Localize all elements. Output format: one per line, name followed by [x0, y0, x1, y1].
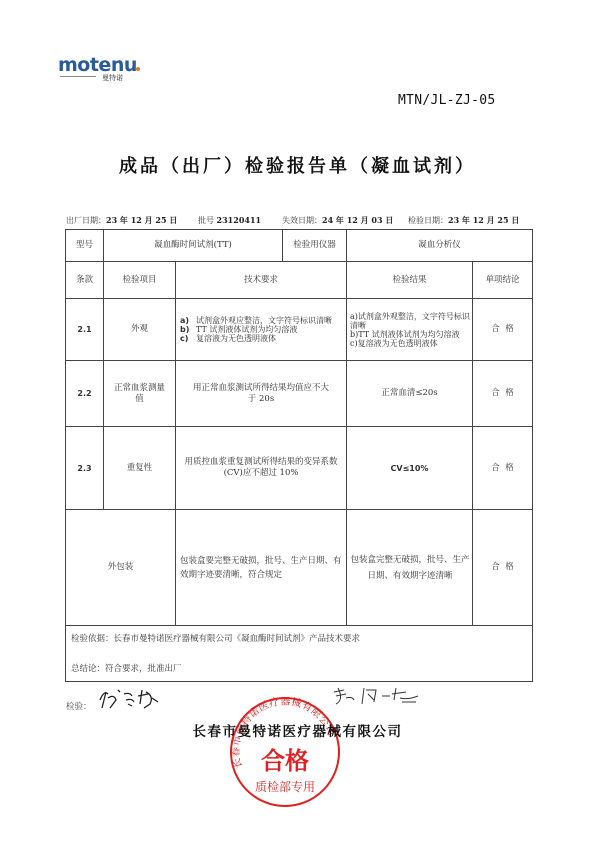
requirement-b: b)TT 试剂液体试剂为均匀溶液 [180, 325, 343, 334]
conclusion-repeatability: 合 格 [473, 427, 532, 509]
instrument-value: 凝血分析仪 [347, 230, 532, 261]
model-value: 凝血酶时间试剂(TT) [104, 230, 282, 261]
model-label: 型号 [66, 230, 103, 261]
reviewer-signature [330, 684, 430, 708]
company-name: 长春市曼特诺医疗器械有限公司 [0, 720, 595, 740]
conclusion-packaging: 合 格 [473, 510, 532, 625]
expiry-label: 失效日期： [282, 216, 322, 225]
header-item: 检验项目 [104, 262, 175, 298]
result-packaging: 包装盒完整无破损，批号、生产日期、有效期字迹清晰 [350, 510, 470, 625]
page-title: 成品（出厂）检验报告单（凝血试剂） [0, 152, 595, 178]
requirement-text: TT 试剂液体试剂为均匀溶液 [196, 325, 297, 334]
marker: b) [180, 325, 196, 334]
inspection-table: 型号 凝血酶时间试剂(TT) 检验用仪器 凝血分析仪 条款 检验项目 技术要求 … [65, 229, 533, 682]
result-appearance: a)试剂盒外观整洁，文字符号标识清晰 b)TT 试剂液体试剂为均匀溶液 c)复溶… [350, 299, 470, 360]
requirement-text: 试剂盒外观应整洁，文字符号标识清晰 [196, 316, 332, 325]
quality-stamp: 长春市曼特诺医疗器械有限公司 合格 质检部专用 [228, 697, 342, 807]
header-result: 检验结果 [347, 262, 472, 298]
logo-dot-icon [136, 67, 140, 71]
item-packaging: 外包装 [66, 510, 175, 625]
production-date: 出厂日期：23 年 12 月 25 日 [66, 215, 177, 226]
instrument-label: 检验用仪器 [283, 230, 346, 261]
batch-number: 批号 23120411 [198, 215, 261, 226]
inspection-date-label: 检验日期： [408, 216, 448, 225]
batch-value: 23120411 [217, 215, 262, 225]
result-b: b)TT 试剂液体试剂为均匀溶液 [350, 330, 470, 339]
stamp-bottom-text: 质检部专用 [255, 779, 315, 794]
requirements-repeatability: 用质控血浆重复测试所得结果的变异系数(CV)应不超过 10% [182, 427, 340, 509]
expiry-date: 失效日期：24 年 12 月 03 日 [282, 215, 393, 226]
logo-chinese-name: 曼特诺 [102, 74, 123, 82]
conclusion-normal-plasma: 合 格 [473, 361, 532, 426]
expiry-value: 24 年 12 月 03 日 [322, 215, 393, 225]
clause-2-1: 2.1 [66, 299, 103, 360]
item-repeatability: 重复性 [104, 427, 175, 509]
requirements-appearance: a)试剂盒外观应整洁，文字符号标识清晰 b)TT 试剂液体试剂为均匀溶液 c)复… [180, 299, 343, 360]
overall-conclusion: 总结论：符合要求，批准出厂 [71, 662, 182, 674]
logo-wordmark: motenu [58, 56, 137, 75]
inspection-basis: 检验依据：长春市曼特诺医疗器械有限公司《凝血酶时间试剂》产品技术要求 [71, 632, 360, 644]
inspection-date-value: 23 年 12 月 25 日 [448, 215, 519, 225]
inspector-label: 检验： [66, 700, 92, 712]
header-clause: 条款 [66, 262, 103, 298]
requirements-normal-plasma: 用正常血浆测试所得结果均值应不大于 20s [192, 361, 330, 426]
item-appearance: 外观 [104, 299, 175, 360]
marker: c) [180, 334, 196, 343]
clause-2-2: 2.2 [66, 361, 103, 426]
batch-label: 批号 [198, 216, 214, 225]
result-normal-plasma: 正常血清≤20s [347, 361, 472, 426]
header-conclusion: 单项结论 [473, 262, 532, 298]
conclusion-appearance: 合 格 [473, 299, 532, 360]
logo-underline [60, 76, 96, 77]
requirement-text: 复溶液为无色透明液体 [196, 334, 276, 343]
requirement-a: a)试剂盒外观应整洁，文字符号标识清晰 [180, 316, 343, 325]
result-c: c)复溶液为无色透明液体 [350, 339, 470, 348]
requirements-packaging: 包装盒要完整无破损，批号、生产日期、有效期字迹要清晰，符合规定 [180, 510, 343, 625]
production-date-label: 出厂日期： [66, 216, 106, 225]
marker: a) [180, 316, 196, 325]
document-code: MTN/JL-ZJ-05 [398, 93, 496, 108]
col-divider [175, 261, 176, 625]
production-date-value: 23 年 12 月 25 日 [106, 215, 177, 225]
item-normal-plasma: 正常血浆测量值 [110, 361, 169, 426]
clause-2-3: 2.3 [66, 427, 103, 509]
result-a: a)试剂盒外观整洁，文字符号标识清晰 [350, 312, 470, 330]
company-logo: motenu 曼特诺 [58, 56, 144, 82]
result-repeatability: CV≤10% [347, 427, 472, 509]
inspection-date: 检验日期：23 年 12 月 25 日 [408, 215, 519, 226]
row-divider [66, 625, 532, 626]
inspector-signature [96, 684, 166, 712]
header-requirements: 技术要求 [176, 262, 346, 298]
stamp-center-text: 合格 [261, 747, 309, 775]
requirement-c: c)复溶液为无色透明液体 [180, 334, 343, 343]
